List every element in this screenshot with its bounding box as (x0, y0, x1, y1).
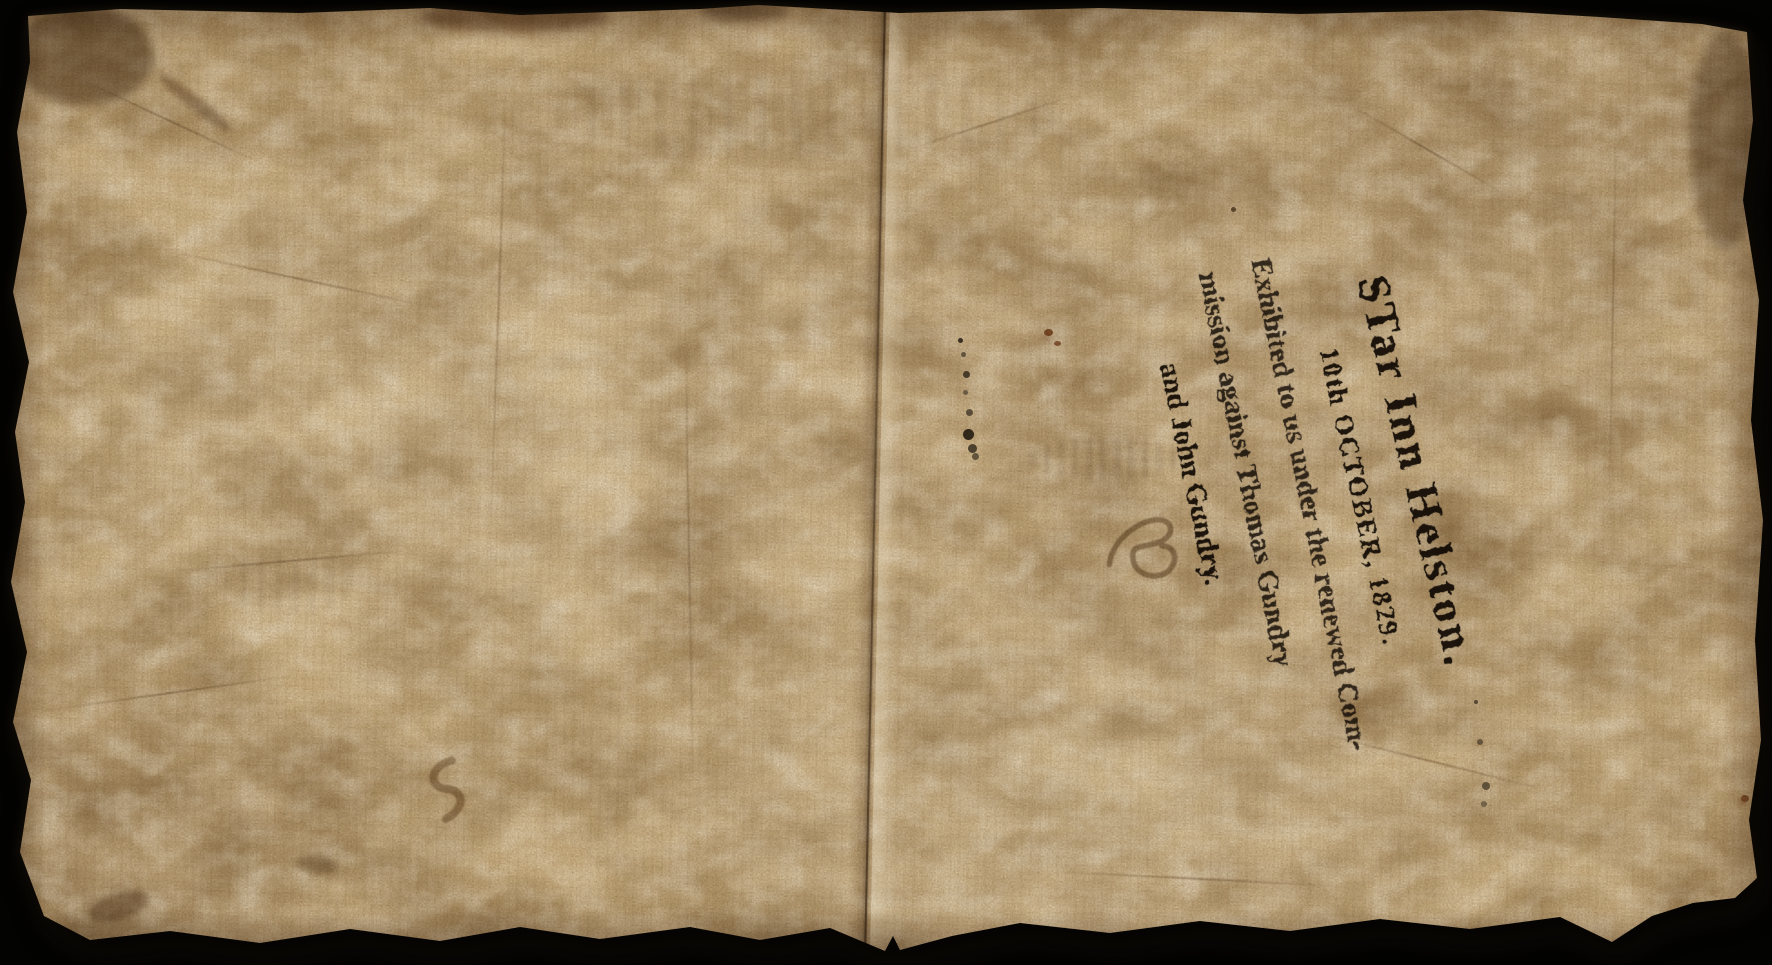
ink-stain (86, 884, 153, 928)
ink-stain-squiggle (411, 751, 484, 832)
paper-blotch-texture (0, 0, 1772, 965)
rust-spot (1741, 795, 1749, 802)
paper-crease (41, 674, 299, 712)
rust-spot (1044, 329, 1053, 336)
ink-speckle-trail (958, 338, 963, 343)
banknote-back-paper: STar Inn Helston. 10th OCTOBER, 1829. Ex… (0, 0, 1772, 965)
scorch-mark (700, 0, 790, 22)
scorch-mark (1690, 30, 1760, 250)
paper-edge-vignette (0, 0, 1772, 965)
ghost-show-through (225, 552, 355, 614)
ink-stain (295, 853, 339, 877)
paper-crease (904, 94, 1076, 152)
paper-crease (683, 290, 694, 810)
paper-crease (1050, 870, 1350, 888)
photo-backdrop: STar Inn Helston. 10th OCTOBER, 1829. Ex… (0, 0, 1772, 965)
paper-crease (488, 60, 508, 580)
paper-fold-highlight (870, 6, 920, 954)
paper-grain-texture (0, 0, 1772, 965)
paper-crease (70, 74, 270, 169)
paper-fiber-streaks (0, 0, 1772, 965)
ghost-show-through (556, 72, 1056, 156)
paper-crease (170, 550, 409, 573)
paper-fold-crease (848, 6, 902, 955)
scorch-mark (14, 6, 154, 106)
paper-crease (1608, 80, 1618, 530)
ink-stain (155, 70, 235, 136)
exhibit-stamp: STar Inn Helston. 10th OCTOBER, 1829. Ex… (1080, 106, 1520, 853)
scorch-mark (420, 2, 610, 32)
paper-crease (153, 247, 447, 311)
paper-light-mottle-texture (0, 0, 1772, 965)
paper-shadow-wrap: STar Inn Helston. 10th OCTOBER, 1829. Ex… (0, 0, 1772, 965)
